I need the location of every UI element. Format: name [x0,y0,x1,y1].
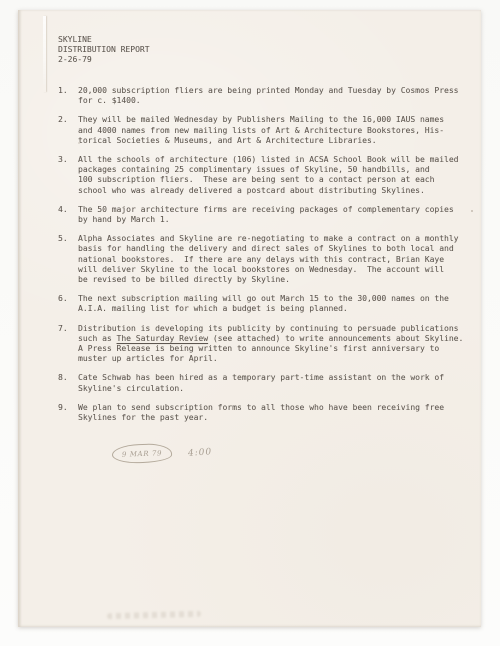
report-header: SKYLINE DISTRIBUTION REPORT 2-26-79 [58,35,150,66]
report-line: school who was already delivered a postc… [78,186,468,196]
report-line: They will be mailed Wednesday by Publish… [78,115,468,125]
scan-background: SKYLINE DISTRIBUTION REPORT 2-26-79 1.20… [0,0,500,646]
item-number: 4. [58,205,78,225]
paper-crease [43,16,46,92]
report-date: 2-26-79 [58,55,150,65]
item-text: Distribution is developing its publicity… [78,324,468,365]
report-line: will deliver Skyline to the local bookst… [78,265,468,275]
report-item: 9.We plan to send subscription forms to … [58,403,468,423]
document-paper: SKYLINE DISTRIBUTION REPORT 2-26-79 1.20… [18,10,481,627]
item-text: They will be mailed Wednesday by Publish… [78,115,468,146]
item-text: 20,000 subscription fliers are being pri… [78,86,468,106]
report-line: for c. $1400. [78,96,468,106]
report-list: 1.20,000 subscription fliers are being p… [58,86,468,432]
stamp-date-text: 9 MAR 79 [122,449,162,458]
item-text: The 50 major architecture firms are rece… [78,205,468,225]
report-line: Distribution is developing its publicity… [78,324,468,334]
report-item: 6.The next subscription mailing will go … [58,294,468,314]
item-text: We plan to send subscription forms to al… [78,403,468,423]
report-line: such as The Saturday Review (see attache… [78,334,468,344]
report-line: Skyline's circulation. [78,384,468,394]
handwritten-date-stamp: 9 MAR 79 [112,443,173,464]
report-item: 1.20,000 subscription fliers are being p… [58,86,468,106]
item-number: 7. [58,324,78,365]
report-line: Skylines for the past year. [78,413,468,423]
report-item: 7.Distribution is developing its publici… [58,324,468,365]
report-item: 4.The 50 major architecture firms are re… [58,205,468,225]
report-item: 3.All the schools of architecture (106) … [58,155,468,196]
report-line: We plan to send subscription forms to al… [78,403,468,413]
item-text: Cate Schwab has been hired as a temporar… [78,373,468,393]
report-line: Cate Schwab has been hired as a temporar… [78,373,468,383]
faint-pencil-marks [107,611,201,619]
text-segment: such as [78,334,117,343]
report-line: basis for handling the delivery and dire… [78,244,468,254]
report-item: 2.They will be mailed Wednesday by Publi… [58,115,468,146]
report-subtitle: DISTRIBUTION REPORT [58,45,150,55]
report-line: A Press Release is being written to anno… [78,344,468,354]
item-text: Alpha Associates and Skyline are re-nego… [78,234,468,285]
report-line: national bookstores. If there are any de… [78,255,468,265]
item-text: The next subscription mailing will go ou… [78,294,468,314]
report-line: be revised to be billed directly by Skyl… [78,275,468,285]
item-number: 3. [58,155,78,196]
report-line: torical Societies & Museums, and Art & A… [78,136,468,146]
report-line: The next subscription mailing will go ou… [78,294,468,304]
report-line: Alpha Associates and Skyline are re-nego… [78,234,468,244]
report-line: by hand by March 1. [78,215,468,225]
report-item: 8.Cate Schwab has been hired as a tempor… [58,373,468,393]
paper-speck [471,210,473,212]
report-title: SKYLINE [58,35,150,45]
item-text: All the schools of architecture (106) li… [78,155,468,196]
item-number: 8. [58,373,78,393]
item-number: 6. [58,294,78,314]
underlined-publication-name: The Saturday Review [117,334,209,343]
report-line: muster up articles for April. [78,354,468,364]
report-item: 5.Alpha Associates and Skyline are re-ne… [58,234,468,285]
paper-speck [78,142,80,144]
report-line: packages containing 25 complimentary iss… [78,165,468,175]
item-number: 2. [58,115,78,146]
report-line: 100 subscription fliers. These are being… [78,175,468,185]
report-line: and 4000 names from new mailing lists of… [78,126,468,136]
item-number: 1. [58,86,78,106]
text-segment: (see attached) to write announcements ab… [208,334,463,343]
report-line: 20,000 subscription fliers are being pri… [78,86,468,96]
item-number: 9. [58,403,78,423]
report-line: The 50 major architecture firms are rece… [78,205,468,215]
item-number: 5. [58,234,78,285]
report-line: A.I.A. mailing list for which a budget i… [78,304,468,314]
handwritten-time-note: 4:00 [188,447,213,459]
report-line: All the schools of architecture (106) li… [78,155,468,165]
